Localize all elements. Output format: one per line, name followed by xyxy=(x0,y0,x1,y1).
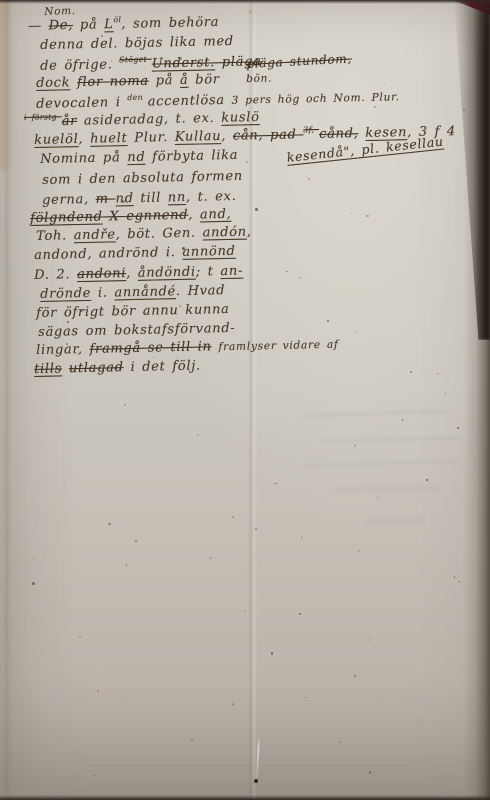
text-segment: Plur. xyxy=(127,130,175,146)
text-segment: annönd xyxy=(182,244,236,260)
ink-speck xyxy=(179,305,180,307)
text-segment: andoni xyxy=(77,266,126,282)
ink-speck xyxy=(384,83,385,84)
text-segment: till xyxy=(133,190,167,206)
text-segment: tills xyxy=(34,361,62,377)
text-segment: , som behöra xyxy=(121,15,219,32)
ink-speck xyxy=(463,108,465,111)
text-segment: bör xyxy=(188,72,220,88)
ink-speck xyxy=(103,230,104,232)
text-segment: nn xyxy=(168,190,186,205)
ink-speck xyxy=(125,343,126,344)
ink-speck xyxy=(66,343,68,345)
ink-speck xyxy=(210,557,211,558)
manuscript-line: Toh. andře, böt. Gen. andón, xyxy=(36,224,252,244)
text-segment: devocalen i xyxy=(36,95,128,112)
ink-speck xyxy=(374,421,375,422)
text-segment: ; t xyxy=(196,264,221,280)
ink-speck xyxy=(369,639,371,641)
text-segment: asideradag, t. ex. xyxy=(77,111,221,129)
ink-speck xyxy=(458,581,459,582)
text-segment: i det följ. xyxy=(124,359,201,376)
ink-speck xyxy=(94,775,95,777)
ink-speck xyxy=(81,310,82,311)
ink-speck xyxy=(126,564,128,566)
ink-speck xyxy=(97,690,98,692)
manuscript-line: D. 2. andoni, åndöndi; t an- xyxy=(34,264,243,283)
ink-speck xyxy=(246,161,248,163)
text-segment: framlyser vidare af xyxy=(218,338,338,354)
text-segment: — xyxy=(28,18,49,33)
manuscript-line: bön. xyxy=(246,72,272,85)
ink-speck xyxy=(180,57,182,60)
ink-speck xyxy=(308,178,310,180)
ink-speck xyxy=(191,739,193,741)
text-segment: annåndé xyxy=(114,284,176,300)
text-segment: , xyxy=(188,207,200,222)
ink-speck xyxy=(299,613,301,615)
text-segment: drönde xyxy=(40,286,91,302)
text-segment: kuslö xyxy=(221,110,260,126)
text-segment: nd xyxy=(115,191,133,206)
ink-speck xyxy=(197,434,199,436)
manuscript-line: för öfrigt bör annu kunna xyxy=(36,302,230,321)
text-segment: på xyxy=(73,17,104,33)
manuscript-line: sägas om bokstafsförvand- xyxy=(38,321,236,340)
text-segment: accentlösa xyxy=(148,93,232,110)
text-segment: Stöget xyxy=(119,55,152,65)
manuscript-line: andond, andrönd i. annönd xyxy=(34,244,236,263)
text-segment: , xyxy=(78,132,90,147)
manuscript-line: som i den absoluta formen xyxy=(42,169,243,188)
manuscript-line: de öfrige. Stöget Underst. pläga xyxy=(40,52,262,73)
text-segment: Toh. xyxy=(36,228,74,244)
text-segment: kuelöl xyxy=(34,132,79,148)
text-segment: m xyxy=(96,191,116,206)
ink-speck xyxy=(32,582,34,585)
manuscript-line: fölgndend X egnnend, and, xyxy=(30,207,232,226)
ink-speck xyxy=(466,768,467,769)
ink-speck xyxy=(419,719,421,720)
text-segment: nd xyxy=(127,150,145,165)
text-segment: i förstg xyxy=(24,112,62,122)
text-segment: . Hvad xyxy=(176,283,226,299)
ink-speck xyxy=(32,557,34,559)
ink-speck xyxy=(232,516,233,517)
text-segment: huelt xyxy=(90,131,128,147)
text-segment: Underst. xyxy=(152,55,215,71)
text-segment: , böt. Gen. xyxy=(115,226,202,243)
text-segment: de öfrige. xyxy=(40,57,119,74)
manuscript-text-block: Nom. — De, på Löl, som behöradenna del. … xyxy=(0,0,490,800)
text-segment: 3 pers hög och Nom. Plur. xyxy=(231,90,399,107)
manuscript-line: tills utlagad i det följ. xyxy=(34,359,201,377)
text-segment: lingar, xyxy=(36,342,90,358)
manuscript-line: pläga stundom, xyxy=(246,51,352,71)
manuscript-page-photo: Nom. — De, på Löl, som behöradenna del. … xyxy=(0,0,490,800)
text-segment: X xyxy=(102,209,126,224)
text-segment: se till in xyxy=(141,339,212,355)
ink-speck xyxy=(454,576,455,577)
text-segment: på xyxy=(149,73,180,89)
text-segment: an- xyxy=(220,264,243,279)
text-segment: åndöndi xyxy=(138,265,196,281)
ink-speck xyxy=(225,691,226,692)
text-segment: , xyxy=(126,266,138,281)
ink-speck xyxy=(369,771,371,774)
manuscript-line: — De, på Löl, som behöra xyxy=(28,13,219,34)
manuscript-line: lingar, framgå se till in framlyser vida… xyxy=(36,337,339,358)
text-segment: De, xyxy=(49,18,74,34)
ink-speck xyxy=(437,373,439,375)
photo-bottom-edge xyxy=(0,795,490,800)
text-segment: denna del. böjas lika med xyxy=(40,34,234,53)
ink-speck xyxy=(135,540,137,542)
ink-speck xyxy=(178,48,179,50)
ink-speck xyxy=(75,352,77,354)
text-segment: den xyxy=(127,93,147,102)
ink-speck xyxy=(162,215,164,217)
text-segment: i. xyxy=(91,285,115,300)
text-segment: 3f, xyxy=(303,125,319,134)
text-segment: andón xyxy=(202,225,246,241)
text-segment: för öfrigt bör annu kunna xyxy=(36,302,230,321)
ink-speck xyxy=(355,332,356,333)
text-segment: som i den absoluta formen xyxy=(42,169,243,188)
text-segment: framgå xyxy=(89,341,141,357)
ink-speck xyxy=(305,697,306,698)
text-segment: , xyxy=(221,129,233,144)
ink-speck xyxy=(358,550,359,552)
text-segment: Kullau xyxy=(175,129,222,145)
text-segment: Nomina på xyxy=(40,150,127,167)
text-segment: D. 2. xyxy=(34,267,77,283)
manuscript-line: denna del. böjas lika med xyxy=(40,34,234,53)
text-segment: and, xyxy=(200,207,232,223)
ink-speck xyxy=(109,216,110,217)
ink-speck xyxy=(249,10,251,13)
text-segment: cånd, xyxy=(319,126,359,142)
text-segment: sägas om bokstafsförvand- xyxy=(38,321,236,340)
ink-speck xyxy=(286,271,288,272)
text-segment: , t. ex. xyxy=(186,189,237,205)
text-segment: andře xyxy=(74,227,116,243)
ink-speck xyxy=(67,321,69,323)
manuscript-line: Nomina på nd förbyta lika xyxy=(40,148,238,167)
ink-speck xyxy=(102,666,103,667)
paper-crack-dot xyxy=(254,779,258,783)
text-segment: dock xyxy=(36,75,70,91)
ink-speck xyxy=(255,208,258,211)
text-segment: pläga stundom, xyxy=(246,51,352,71)
ink-speck xyxy=(410,371,412,373)
ink-speck xyxy=(374,106,376,108)
text-segment: år xyxy=(62,114,78,129)
text-segment: förbyta lika xyxy=(145,148,238,165)
ink-speck xyxy=(257,670,258,671)
manuscript-line: dock flor noma på å bör xyxy=(36,72,220,91)
ink-speck xyxy=(366,215,369,218)
text-segment: fölgndend xyxy=(30,209,103,226)
manuscript-line: drönde i. annåndé. Hvad xyxy=(40,283,225,302)
text-segment: gerna, xyxy=(42,192,96,208)
ink-speck xyxy=(19,787,20,788)
photo-top-edge xyxy=(0,0,490,4)
text-segment: andond, andrönd i. xyxy=(34,245,183,263)
ink-speck xyxy=(122,200,124,202)
text-segment: utlagad xyxy=(69,360,124,376)
text-segment: bön. xyxy=(246,72,272,85)
text-segment: egnnend xyxy=(126,208,188,224)
text-segment: , xyxy=(247,224,252,239)
manuscript-line: gerna, m nd till nn, t. ex. xyxy=(42,189,237,208)
ink-speck xyxy=(351,213,352,214)
ink-speck xyxy=(457,427,459,429)
text-segment: flor noma xyxy=(77,74,149,90)
